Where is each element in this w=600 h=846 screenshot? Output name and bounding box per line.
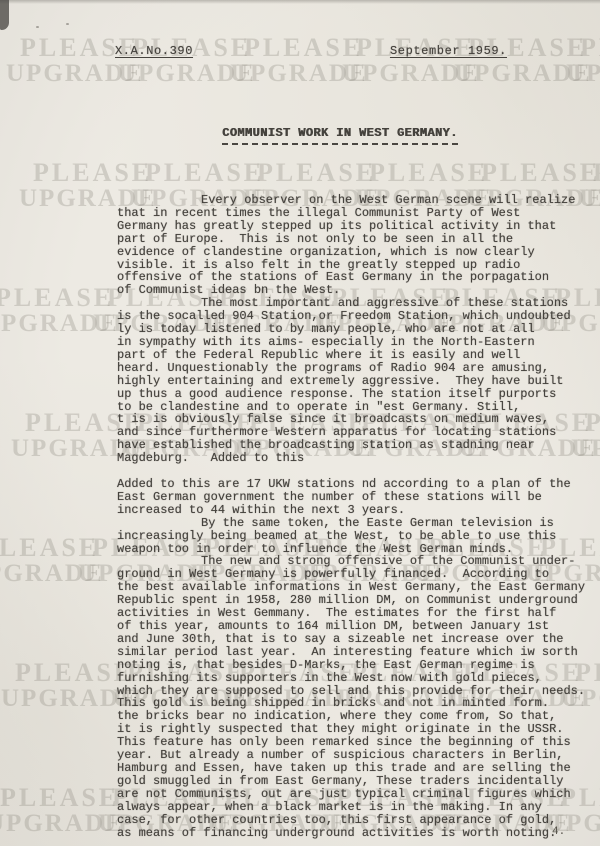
watermark-text-upgrade: UPGRADE [454,60,592,88]
watermark-text-please: PLEASE [0,783,119,813]
watermark-text-upgrade: UPGRADE [0,560,104,588]
document-body: Every observer on the West German scene … [117,194,589,839]
page-number: 4. [552,826,565,838]
corner-stain [0,0,9,30]
watermark-text-please: PLEASE [369,158,488,188]
paragraph-television: By the same token, the Easte German tele… [117,517,589,556]
document-title: COMMUNIST WORK IN WEST GERMANY. [222,126,458,145]
document-page: PLEASEUPGRADEPLEASEUPGRADEPLEASEUPGRADEP… [0,0,600,846]
document-date: September 1959. [390,44,507,58]
watermark-text-upgrade: UPGRADE [0,810,124,838]
watermark-text-upgrade: UPGRADE [118,60,256,88]
paragraph-radio-offensive: Every observer on the West German scene … [117,194,589,297]
document-header: X.A.No.390 September 1959. [115,44,507,58]
paragraph-financing-gold: The new and strong offensive of the Comm… [117,555,589,839]
paragraph-station-904: The most important and aggressive of the… [117,297,589,465]
scan-edge [0,0,600,4]
watermark-text-upgrade: UPGRADE [566,60,600,88]
watermark-text-upgrade: UPGRADE [0,310,119,338]
watermark-text-please: PLEASE [33,158,152,188]
watermark-text-please: PLEASE [145,158,264,188]
stain-speck [66,23,69,25]
watermark-text-please: PLEASE [481,158,600,188]
paragraph-ukw-stations: Added to this are 17 UKW stations nd acc… [117,478,589,517]
watermark-text-please: PLEASE [0,533,99,563]
watermark-text-upgrade: UPGRADE [342,60,480,88]
watermark-text-please: PLEASE [257,158,376,188]
watermark-text-please: PLEASE [580,33,600,63]
title-block: COMMUNIST WORK IN WEST GERMANY. [222,123,458,141]
watermark-text-please: PLEASE [0,283,114,313]
reference-number: X.A.No.390 [115,44,193,58]
watermark-text-upgrade: UPGRADE [230,60,368,88]
stain-speck [36,26,39,28]
watermark-text-upgrade: UPGRADE [6,60,144,88]
watermark-text-please: PLEASE [593,158,600,188]
